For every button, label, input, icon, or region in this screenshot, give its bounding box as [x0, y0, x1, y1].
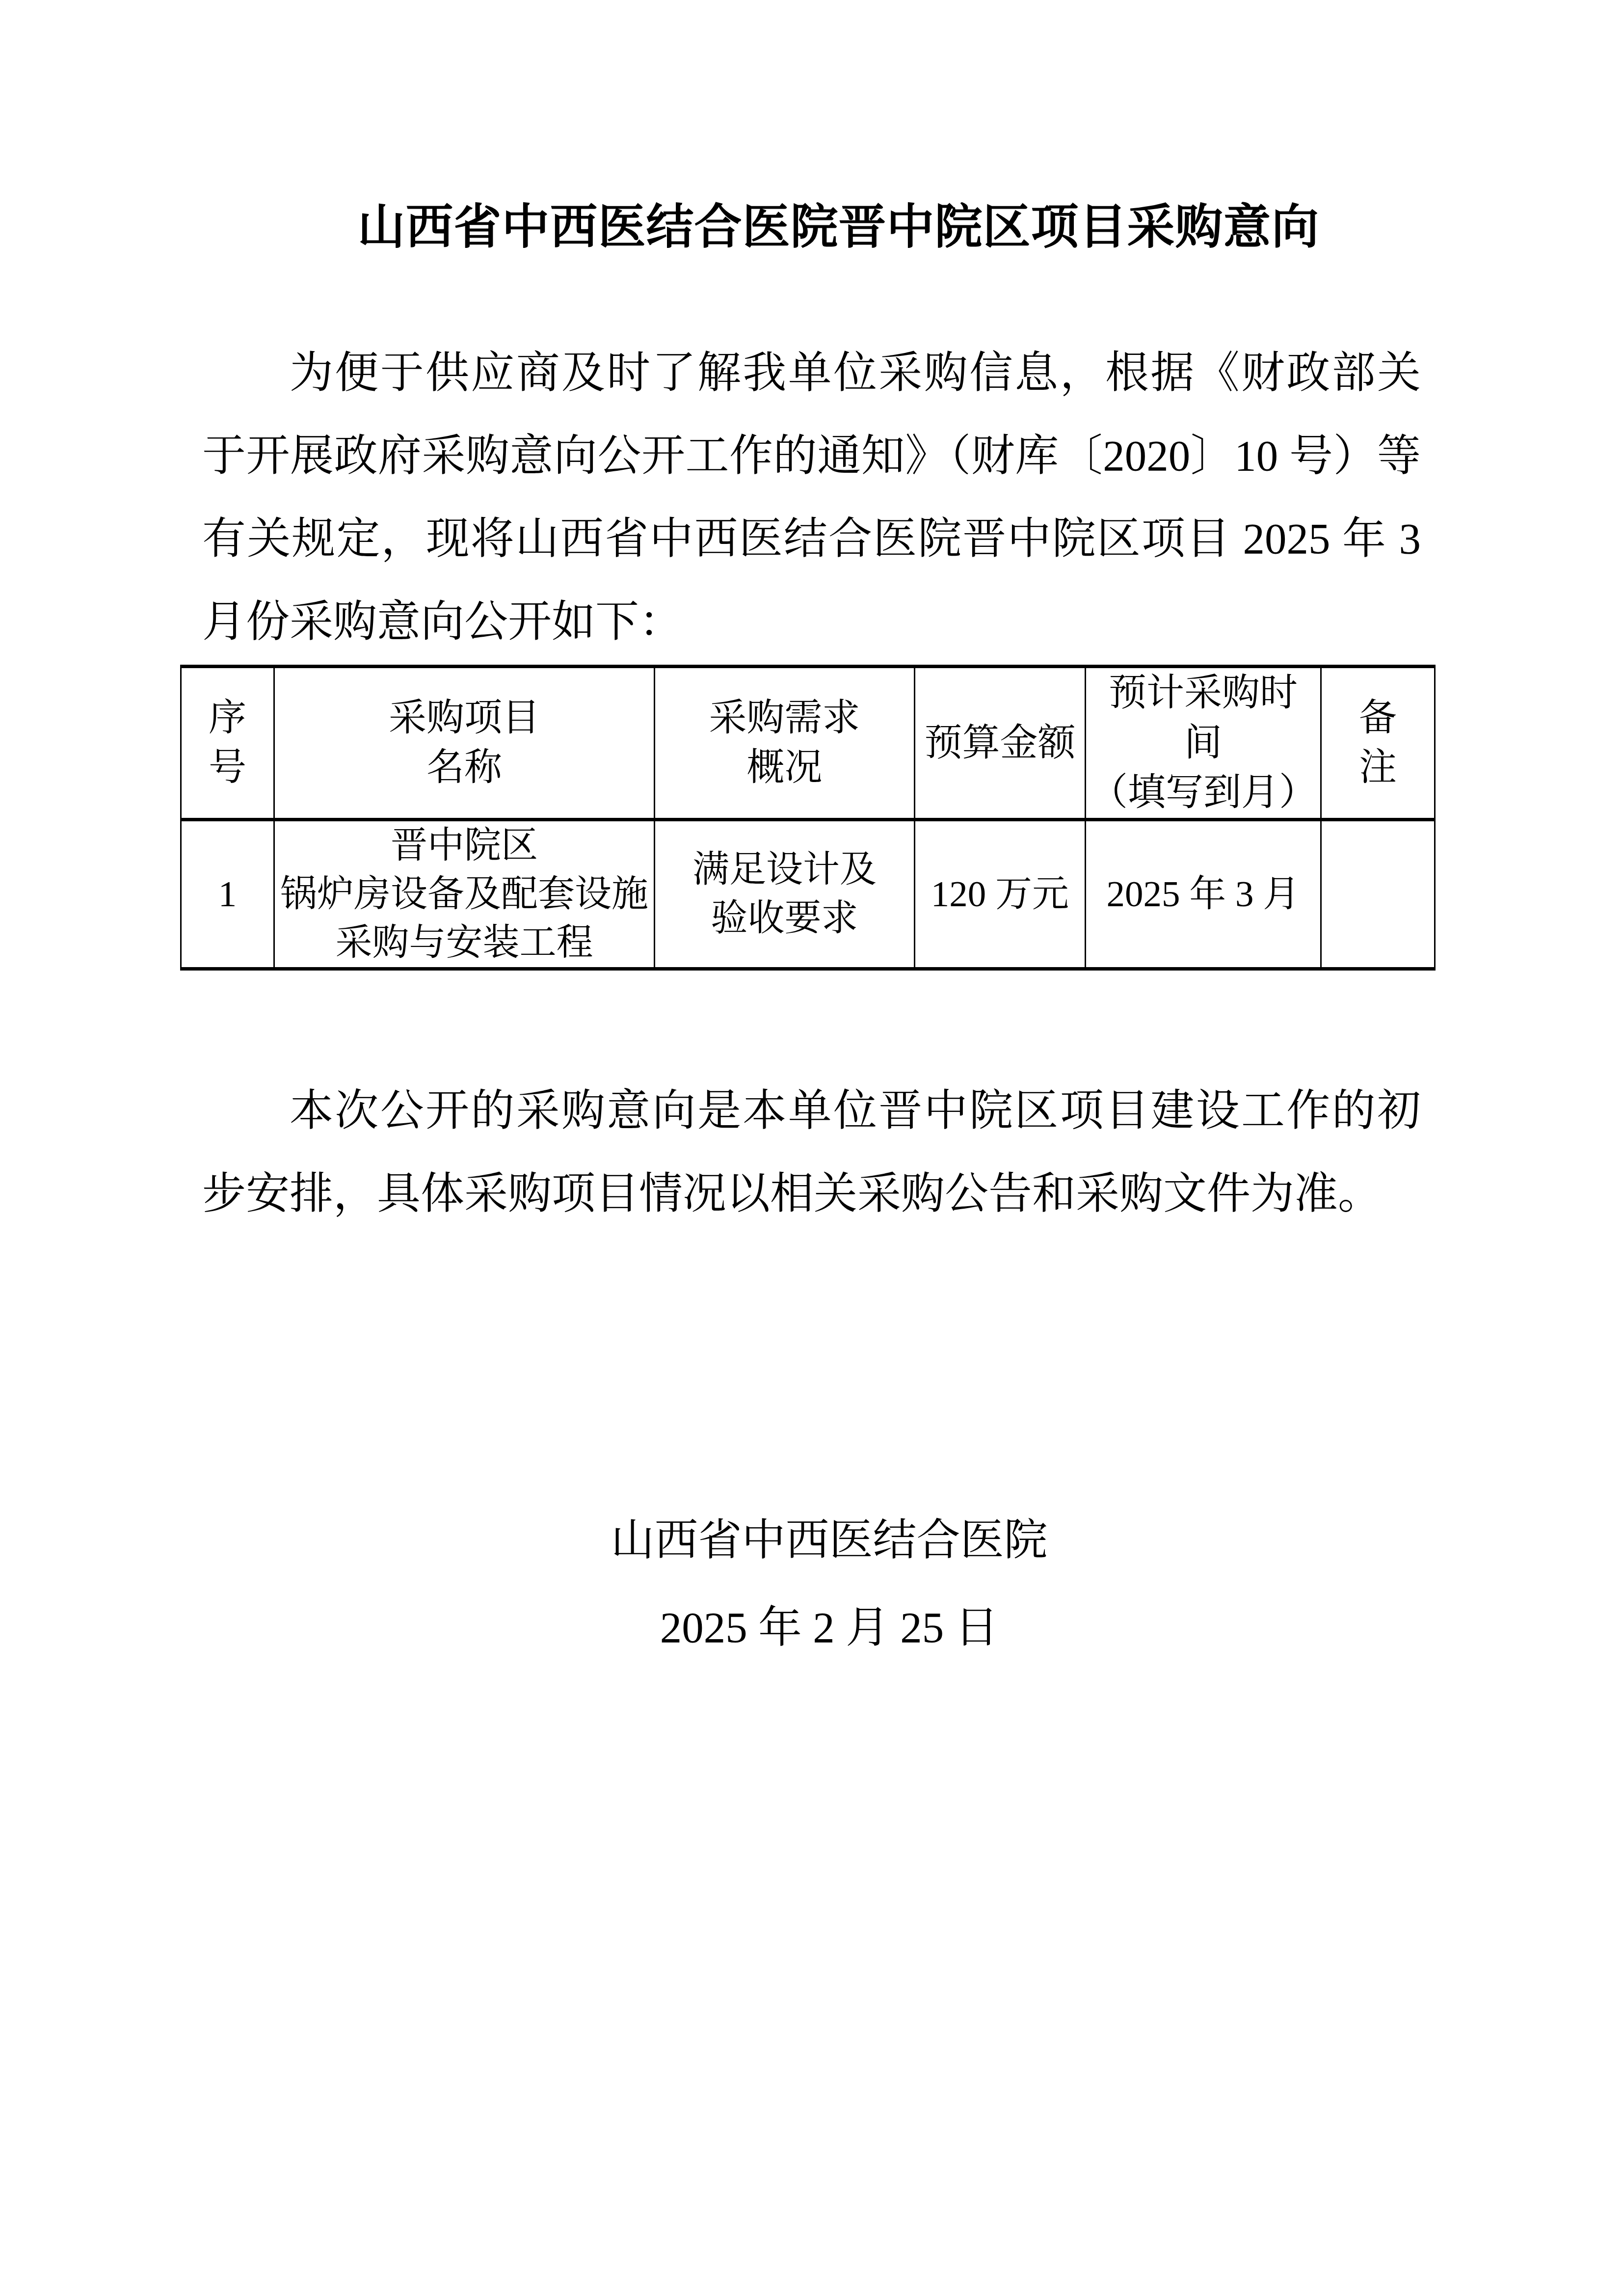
cell-remarks	[1321, 819, 1435, 969]
table-header-row: 序 号 采购项目 名称 采购需求 概况 预算金额 预计采购时间 （填写到月） 备…	[181, 667, 1435, 820]
header-project-name: 采购项目 名称	[274, 667, 655, 820]
document-page: 山西省中西医结合医院晋中院区项目采购意向 为便于供应商及时了解我单位采购信息，根…	[0, 0, 1623, 2296]
table-row: 1 晋中院区 锅炉房设备及配套设施 采购与安装工程 满足设计及 验收要求 120…	[181, 819, 1435, 969]
header-planned-time: 预计采购时间 （填写到月）	[1086, 667, 1321, 820]
signature-organization: 山西省中西医结合医院	[220, 1497, 1438, 1584]
header-serial-number: 序 号	[181, 667, 274, 820]
cell-serial-number: 1	[181, 819, 274, 969]
cell-planned-time: 2025 年 3 月	[1086, 819, 1321, 969]
header-requirement-summary: 采购需求 概况	[655, 667, 915, 820]
signature-block: 山西省中西医结合医院 2025 年 2 月 25 日	[220, 1497, 1438, 1672]
intro-paragraph: 为便于供应商及时了解我单位采购信息，根据《财政部关于开展政府采购意向公开工作的通…	[202, 332, 1421, 664]
cell-project-name: 晋中院区 锅炉房设备及配套设施 采购与安装工程	[274, 819, 655, 969]
closing-paragraph: 本次公开的采购意向是本单位晋中院区项目建设工作的初步安排，具体采购项目情况以相关…	[202, 1070, 1421, 1236]
cell-budget-amount: 120 万元	[915, 819, 1086, 969]
signature-date: 2025 年 2 月 25 日	[220, 1584, 1438, 1672]
document-title: 山西省中西医结合医院晋中院区项目采购意向	[229, 197, 1448, 257]
header-budget-amount: 预算金额	[915, 667, 1086, 820]
header-remarks: 备 注	[1321, 667, 1435, 820]
procurement-table: 序 号 采购项目 名称 采购需求 概况 预算金额 预计采购时间 （填写到月） 备…	[180, 665, 1436, 971]
cell-requirement-summary: 满足设计及 验收要求	[655, 819, 915, 969]
